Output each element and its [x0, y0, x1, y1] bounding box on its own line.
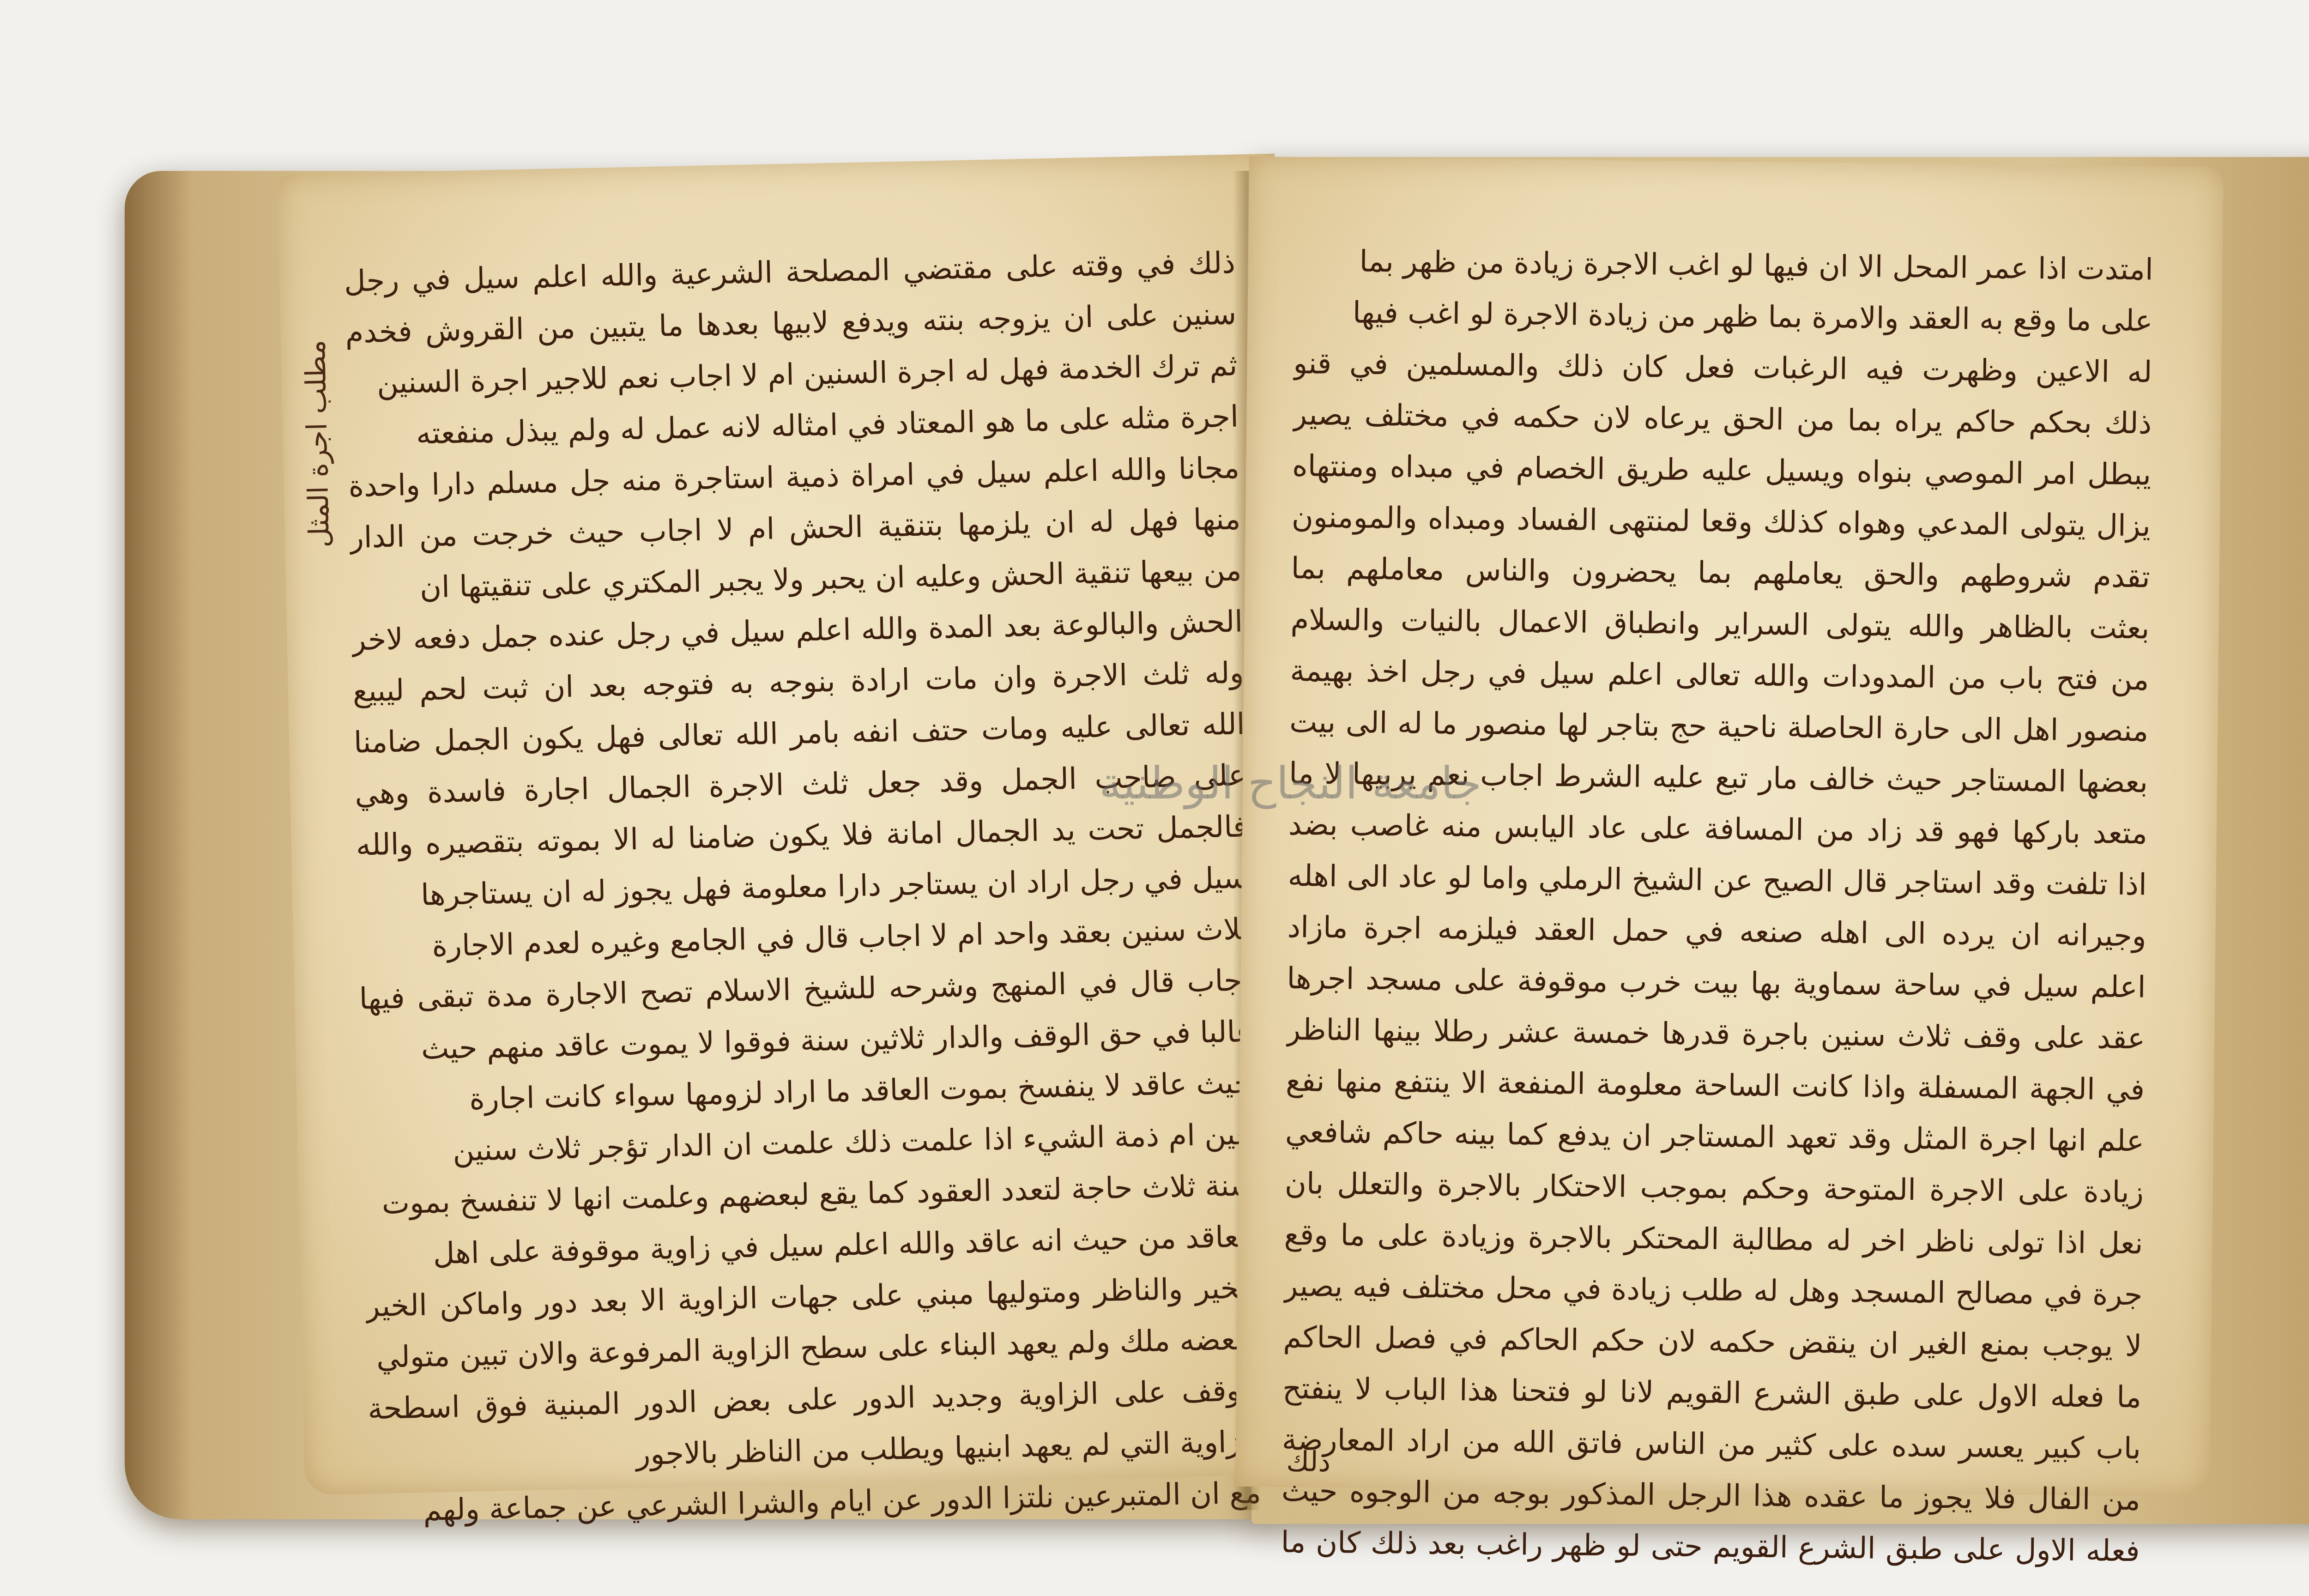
text-line: امتدت اذا عمر المحل الا ان فيها لو اغب ا… [1294, 236, 2153, 296]
text-line: له الاعين وظهرت فيه الرغبات فعل كان ذلك … [1293, 338, 2152, 398]
text-line: بعثت بالظاهر والله يتولى السراير وانطباق… [1290, 594, 2150, 654]
text-line: اعلم سيل في ساحة سماوية بها بيت خرب موقو… [1287, 953, 2146, 1013]
text-line: اذا تلفت وقد استاجر قال الصيح عن الشيخ ا… [1287, 851, 2147, 911]
left-page: مطلب اجرة المثل ذلك في وقته على مقتضي ال… [277, 154, 1302, 1495]
text-line: ما فعله الاول على طبق الشرع القويم لانا … [1282, 1363, 2142, 1423]
text-line: نعل اذا تولى ناظر اخر له مطالبة المحتكر … [1284, 1209, 2143, 1270]
right-page: امتدت اذا عمر المحل الا ان فيها لو اغب ا… [1235, 157, 2224, 1497]
text-line: ذلك بحكم حاكم يراه بما من الحق يرعاه لان… [1293, 389, 2152, 449]
left-page-text: ذلك في وقته على مقتضي المصلحة الشرعية وا… [344, 238, 1262, 1538]
text-line: من فتح باب من المدودات والله تعالى اعلم … [1290, 646, 2149, 706]
right-page-text: امتدت اذا عمر المحل الا ان فيها لو اغب ا… [1281, 236, 2153, 1577]
text-line: باب كبير يعسر سده على كثير من الناس فاتق… [1281, 1415, 2141, 1475]
text-line: منصور اهل الى حارة الحاصلة ناحية حج بتاج… [1289, 697, 2149, 757]
text-line: يبطل امر الموصي بنواه ويسيل عليه طريق ال… [1292, 441, 2152, 501]
text-line: عقد على وقف ثلاث سنين باجرة قدرها خمسة ع… [1286, 1004, 2146, 1064]
text-line: جرة في مصالح المسجد وهل له طلب زيادة في … [1283, 1261, 2143, 1321]
catchword: ذلك [1286, 1445, 1330, 1478]
margin-note: مطلب اجرة المثل [299, 339, 340, 548]
text-line: على ما وقع به العقد والامرة بما ظهر من ز… [1294, 287, 2153, 347]
open-manuscript-book: مطلب اجرة المثل ذلك في وقته على مقتضي ال… [115, 111, 2309, 1533]
text-line: لا يوجب بمنع الغير ان ينقض حكمه لان حكم … [1283, 1312, 2142, 1372]
watermark: جامعة النجاح الوطنية [1099, 757, 1481, 809]
text-line: تقدم شروطهم والحق يعاملهم بما يحضرون وال… [1291, 543, 2150, 603]
text-line: من الفال فلا يجوز ما عقده هذا الرجل المذ… [1281, 1466, 2140, 1526]
text-line: علم انها اجرة المثل وقد تعهد المستاجر ان… [1285, 1107, 2144, 1167]
text-line: في الجهة المسفلة واذا كانت الساحة معلومة… [1286, 1056, 2145, 1116]
text-line: يزال يتولى المدعي وهواه كذلك وقعا لمنتهى… [1291, 492, 2151, 552]
text-line: وجيرانه ان يرده الى اهله صنعه في حمل الع… [1287, 902, 2146, 962]
text-line: زيادة على الاجرة المتوحة وحكم بموجب الاح… [1284, 1158, 2144, 1218]
text-line: فعله الاول على طبق الشرع القويم حتى لو ظ… [1281, 1517, 2140, 1577]
